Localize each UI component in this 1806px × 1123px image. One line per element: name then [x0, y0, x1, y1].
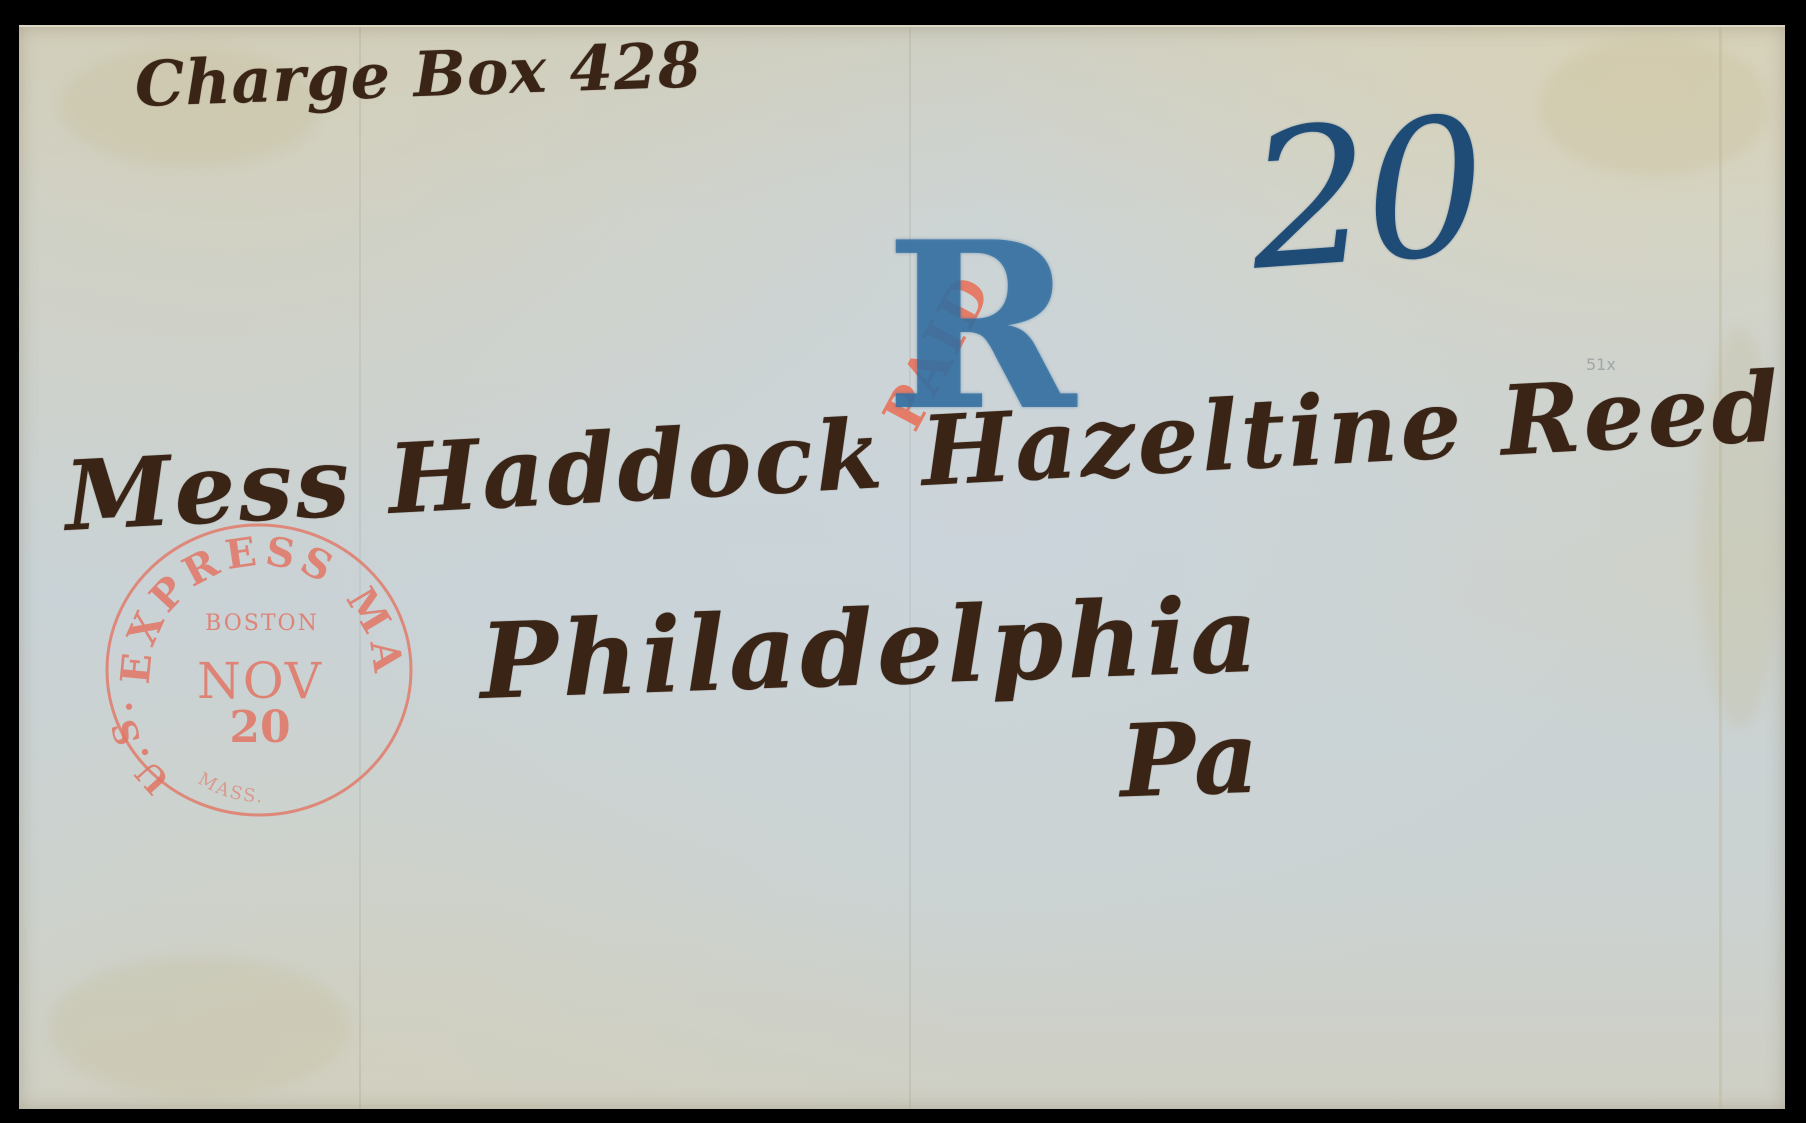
postmark-svg: EXPRESS MAIL U.S. BOSTON NOV 20 MASS. [102, 520, 417, 820]
postmark-day: 20 [229, 702, 290, 753]
destination-state: Pa [1118, 698, 1261, 821]
postmark-bottom-arc: MASS. [194, 768, 264, 807]
express-mail-postmark: EXPRESS MAIL U.S. BOSTON NOV 20 MASS. [102, 520, 417, 820]
rate-marking: 20 [1244, 92, 1486, 298]
paper-stain [49, 957, 349, 1097]
postmark-city: BOSTON [205, 611, 319, 636]
postmark-left-arc: U.S. [99, 694, 177, 802]
fold-line [909, 27, 911, 1109]
paper-stain [1539, 37, 1769, 177]
